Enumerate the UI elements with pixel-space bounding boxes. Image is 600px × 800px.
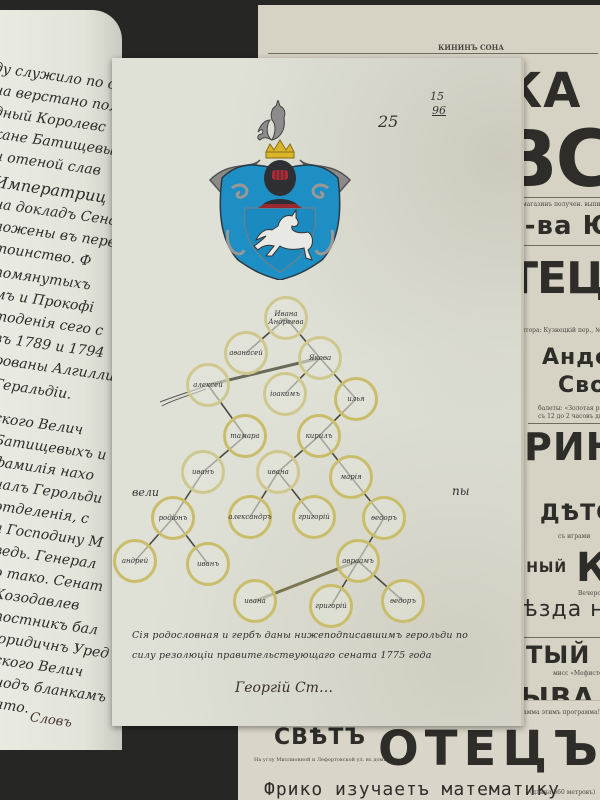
newspaper-svet: СВѢТЪ	[274, 725, 366, 750]
tree-node-ivan-2: ивана	[256, 450, 300, 494]
newspaper-strip-text: КИНИНЪ СОНА	[438, 43, 504, 52]
tree-node-ioakim: іоакимъ	[263, 372, 307, 416]
newspaper-rule	[516, 637, 600, 638]
tree-node-grigory: григорій	[292, 495, 336, 539]
newspaper-rule	[268, 53, 598, 54]
tree-node-yakov: Якова	[298, 336, 342, 380]
folio-number-15: 15	[430, 90, 444, 103]
newspaper-small-print: съ играми	[558, 533, 590, 540]
herald-signature: Георгій Ст…	[235, 680, 333, 696]
margin-note-left: вели	[132, 486, 159, 499]
tree-node-rodion: родіонъ	[151, 496, 195, 540]
newspaper-headline-detsko: ДѢТСКО	[540, 501, 600, 526]
coat-of-arms-icon	[200, 100, 360, 280]
tree-node-avraam: авраамъ	[336, 539, 380, 583]
newspaper-headline-rins: РИНС	[524, 425, 600, 469]
newspaper-headline-anders: Андерс	[542, 345, 600, 370]
newspaper-small-print: балеты: «Золотая рыбка»	[538, 405, 600, 412]
tree-node-andrey: андрей	[113, 539, 157, 583]
tree-node-ivan-andreev: Ивана Андреева	[264, 296, 308, 340]
newspaper-headline-k: К	[576, 545, 600, 591]
newspaper-bottom-line: Фрико изучаетъ математику	[264, 779, 560, 800]
tree-node-ivan-3: иванъ	[186, 542, 230, 586]
certification-caption-line-1: Сія родословная и гербъ даны нижеподписа…	[132, 630, 512, 641]
tree-node-kiril: кирилъ	[297, 414, 341, 458]
tree-node-aleksandr: александръ	[228, 495, 272, 539]
left-page-signature: Словъ	[29, 710, 73, 731]
tree-node-fedor-2: ѳедоръ	[381, 579, 425, 623]
tree-node-afanasy: аѳанасей	[224, 331, 268, 375]
newspaper-small-print: Вечеромъ	[578, 590, 600, 597]
left-book-page: ду служило по с на верстано пол дный Кор…	[0, 10, 122, 750]
tree-node-maria: марiя	[329, 455, 373, 499]
newspaper-headline-ezda: ѣзда нравств	[523, 597, 600, 622]
newspaper-headline-iny: ІНЫЙ	[520, 560, 567, 576]
newspaper-small-print: Контора: Кузнецкій пер., № 47	[513, 327, 600, 334]
certification-caption-line-2: силу резолюціи правительствующаго сената…	[132, 650, 512, 661]
tree-node-ilya: илья	[334, 377, 378, 421]
newspaper-bottom-note: (длина 560 метровъ)	[530, 789, 595, 796]
tree-node-tamara: тамара	[223, 414, 267, 458]
folio-number-96: 96	[432, 104, 446, 117]
newspaper-rule	[528, 423, 600, 424]
tree-node-fedor: ѳедоръ	[362, 496, 406, 540]
tree-node-ivan: иванъ	[181, 450, 225, 494]
tree-node-grigory-2: григорій	[309, 584, 353, 628]
tree-node-ivan-4: ивана	[233, 579, 277, 623]
newspaper-small-print: съ 12 до 2 часовъ дня	[538, 413, 600, 420]
newspaper-headline-tyi: ТЫЙ М	[526, 641, 600, 669]
left-page-line: Геральдіи.	[0, 376, 73, 403]
margin-note-right: пы	[452, 484, 470, 498]
newspaper-small-print: мисс «Мефистофель въ ост	[553, 670, 600, 677]
newspaper-headline-otets: ОТЕЦЪ	[378, 721, 600, 777]
newspaper-small-print: въ магазинъ получен. выписки	[513, 201, 600, 208]
folio-number-25: 25	[378, 112, 398, 131]
newspaper-headline-svob: Своб	[558, 373, 600, 398]
left-page-line: ято.	[0, 696, 30, 717]
tree-node-aleksey: алексей	[186, 363, 230, 407]
